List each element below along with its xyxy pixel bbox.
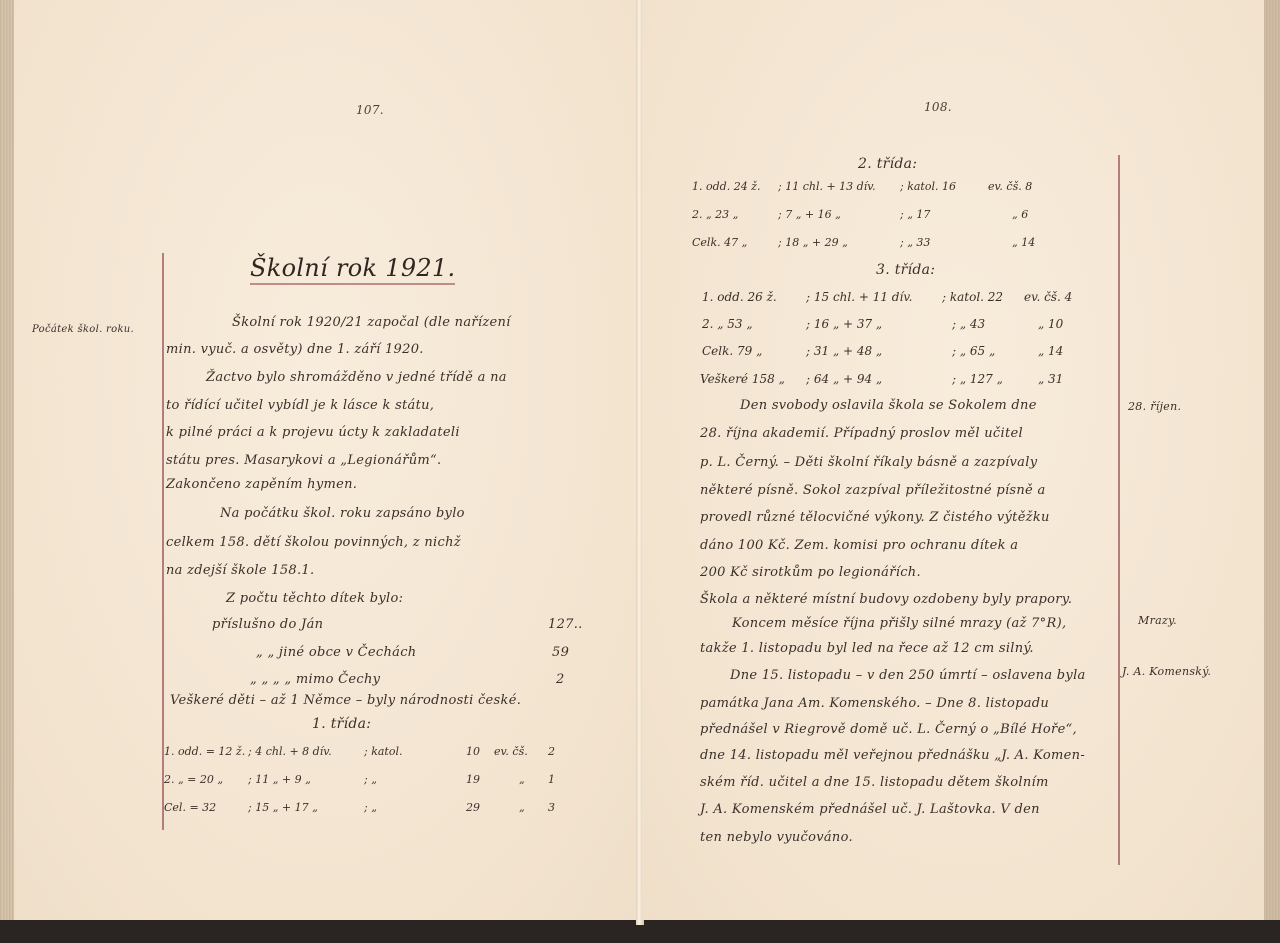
cell: ; 16 „ + 37 „ [806,317,882,331]
margin-note: 28. říjen. [1128,400,1181,413]
margin-note: Mrazy. [1138,614,1177,627]
paragraph-line: J. A. Komenském přednášel uč. J. Laštovk… [700,802,1040,817]
cell: ; „ 33 [900,236,930,249]
origin-value: 127.. [548,617,583,632]
cell: ev. čš. [494,745,528,758]
cell: ; „ [364,773,377,786]
cell: ; katol. [364,745,402,758]
paragraph-line: min. vyuč. a osvěty) dne 1. září 1920. [166,342,424,357]
paragraph-line: Z počtu těchto dítek bylo: [226,591,403,606]
cell: „ 6 [1012,208,1028,221]
cell: ; 4 chl. + 8 dív. [248,745,332,758]
paragraph-line: Zakončeno zapěním hymen. [166,477,357,492]
cell: ; „ 17 [900,208,930,221]
left-page: 107. Počátek škol. roku. Školní rok 1921… [0,0,638,920]
paragraph-line: státu pres. Masarykovi a „Legionářům“. [166,453,441,468]
paragraph-line: Škola a některé místní budovy ozdobeny b… [700,592,1072,607]
cell: „ 14 [1038,344,1063,358]
paragraph-line: celkem 158. dětí školou povinných, z nic… [166,535,461,550]
paragraph-line: ském říd. učitel a dne 15. listopadu dět… [700,775,1049,790]
paragraph-line: dne 14. listopadu měl veřejnou přednášku… [700,748,1085,763]
paragraph-line: Den svobody oslavila škola se Sokolem dn… [740,398,1037,413]
cell: ; „ 127 „ [952,372,1003,386]
page-stack-edge-left [0,0,14,920]
cell: „ [519,773,525,786]
cell: ; 11 chl. + 13 dív. [778,180,876,193]
cell: 2. „ = 20 „ [164,773,223,786]
paragraph-line: Žactvo bylo shromážděno v jedné třídě a … [206,370,507,385]
margin-rule-left [162,253,164,830]
cell: Celk. 79 „ [702,344,762,358]
cell: 1 [548,773,555,786]
origin-value: 2 [556,672,565,687]
cell: „ 10 [1038,317,1063,331]
paragraph-line: to řídící učitel vybídl je k lásce k stá… [166,398,434,413]
cell: 3 [548,801,555,814]
cell: ev. čš. 8 [988,180,1032,193]
class-heading: 1. třída: [312,716,371,732]
cell: 29 [466,801,480,814]
cell: „ 14 [1012,236,1035,249]
margin-note: J. A. Komenský. [1122,665,1211,678]
paragraph-line: provedl různé tělocvičné výkony. Z čisté… [700,510,1050,525]
cell: ; 31 „ + 48 „ [806,344,882,358]
nationality-note: Veškeré děti – až 1 Němce – byly národno… [170,693,521,708]
cell: ; „ 43 [952,317,985,331]
cell: 2. „ 23 „ [692,208,738,221]
cell: 1. odd. 24 ž. [692,180,760,193]
origin-label: „ „ „ „ mimo Čechy [250,672,380,687]
paragraph-line: ten nebylo vyučováno. [700,830,853,845]
paragraph-line: Školní rok 1920/21 započal (dle nařízení [232,315,511,330]
page-number: 108. [924,100,952,114]
cell: ; 15 chl. + 11 dív. [806,290,913,304]
cell: ev. čš. 4 [1024,290,1072,304]
open-ledger: 107. Počátek škol. roku. Školní rok 1921… [0,0,1280,925]
paragraph-line: p. L. Černý. – Děti školní říkaly básně … [700,455,1037,470]
cell: 1. odd. 26 ž. [702,290,777,304]
paragraph-line: přednášel v Riegrově domě uč. L. Černý o… [700,722,1077,737]
margin-rule-right [1118,155,1120,865]
cell: ; „ [364,801,377,814]
paragraph-line: 28. října akademií. Případný proslov měl… [700,426,1023,441]
cell: ; 64 „ + 94 „ [806,372,882,386]
paragraph-line: dáno 100 Kč. Zem. komisi pro ochranu dít… [700,538,1018,553]
page-title: Školní rok 1921. [250,254,455,285]
paragraph-line: památka Jana Am. Komenského. – Dne 8. li… [700,696,1049,711]
cell: 19 [466,773,480,786]
cell: „ 31 [1038,372,1063,386]
class-heading: 3. třída: [876,262,935,278]
cell: ; „ 65 „ [952,344,995,358]
cell: ; 7 „ + 16 „ [778,208,841,221]
paragraph-line: některé písně. Sokol zazpíval příležitos… [700,483,1046,498]
paragraph-line: Dne 15. listopadu – v den 250 úmrtí – os… [730,668,1086,683]
page-stack-edge-right [1264,0,1280,920]
cell: ; 15 „ + 17 „ [248,801,318,814]
cell: ; katol. 16 [900,180,956,193]
cell: ; 18 „ + 29 „ [778,236,848,249]
paragraph-line: Koncem měsíce října přišly silné mrazy (… [732,616,1066,631]
cell: 1. odd. = 12 ž. [164,745,245,758]
origin-label: „ „ jiné obce v Čechách [256,645,416,660]
paragraph-line: na zdejší škole 158.1. [166,563,314,578]
cell: 2. „ 53 „ [702,317,753,331]
paragraph-line: 200 Kč sirotkům po legionářích. [700,565,921,580]
page-number: 107. [356,103,384,117]
cell: 10 [466,745,480,758]
cell: Cel. = 32 [164,801,216,814]
paragraph-line: Na počátku škol. roku zapsáno bylo [220,506,465,521]
cell: ; katol. 22 [942,290,1003,304]
origin-value: 59 [552,645,569,660]
cell: ; 11 „ + 9 „ [248,773,311,786]
cell: 2 [548,745,555,758]
origin-label: příslušno do Ján [212,617,323,632]
margin-note: Počátek škol. roku. [32,324,134,335]
class-heading: 2. třída: [858,156,917,172]
right-page: 108. 2. třída: 1. odd. 24 ž. ; 11 chl. +… [642,0,1280,920]
cell: Veškeré 158 „ [700,372,785,386]
paragraph-line: k pilné práci a k projevu úcty k zaklada… [166,425,460,440]
cell: Celk. 47 „ [692,236,747,249]
cell: „ [519,801,525,814]
paragraph-line: takže 1. listopadu byl led na řece až 12… [700,641,1034,656]
